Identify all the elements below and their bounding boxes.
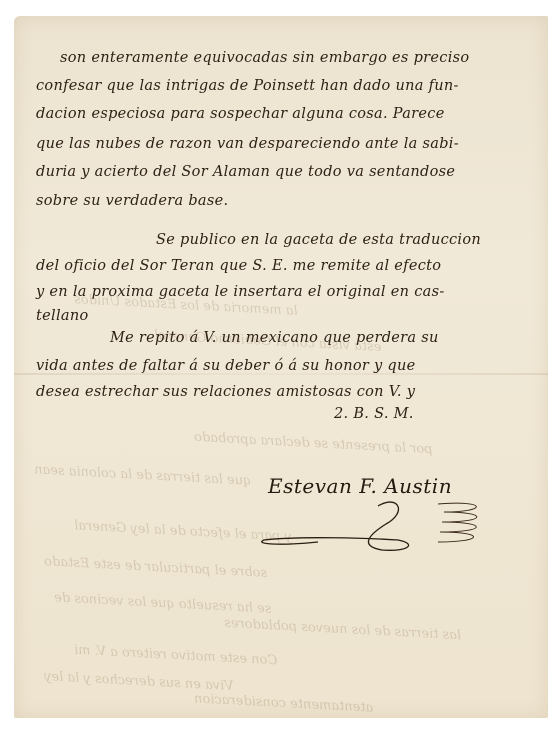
letter-line: duria y acierto del Sor Alaman que todo … <box>36 164 455 180</box>
letter-line: dacion especiosa para sospechar alguna c… <box>36 106 445 122</box>
letter-line: tellano <box>36 308 89 324</box>
show-through-text: atentamente consideracion <box>194 691 374 715</box>
letter-line: vida antes de faltar á su deber ó á su h… <box>36 358 416 374</box>
letter-line: y en la proxima gaceta le insertara el o… <box>36 284 445 300</box>
show-through-text: Con este motivo reitero a V. mi <box>74 643 278 669</box>
show-through-text: se ha resuelto que los vecinos de <box>54 590 272 616</box>
letter-line: sobre su verdadera base. <box>36 193 228 209</box>
show-through-text: Viva en sus derechos y la ley <box>44 669 234 694</box>
letter-line: Se publico en la gaceta de esta traducci… <box>156 232 481 248</box>
show-through-text: las tierras de los nuevos pobladores <box>224 616 462 643</box>
show-through-text: por la presente se declara aprobado <box>194 430 433 457</box>
letter-line: desea estrechar sus relaciones amistosas… <box>36 384 415 400</box>
letter-page: la memoria de los Estados Unidos esta vi… <box>14 16 548 718</box>
letter-closing-abbreviation: 2. B. S. M. <box>334 406 414 422</box>
show-through-text: que las tierras de la colonia sean <box>34 462 252 488</box>
letter-line: del oficio del Sor Teran que S. E. me re… <box>36 258 441 274</box>
show-through-text: sobre el particular de este Estado <box>44 554 268 581</box>
letter-line: son enteramente equivocadas sin embargo … <box>60 50 469 66</box>
signature-rubric-flourish-icon <box>258 494 488 564</box>
letter-line: Me repito á V. un mexicano que perdera s… <box>110 330 439 346</box>
letter-line: que las nubes de razon van despareciendo… <box>36 136 459 152</box>
letter-line: confesar que las intrigas de Poinsett ha… <box>36 78 459 94</box>
